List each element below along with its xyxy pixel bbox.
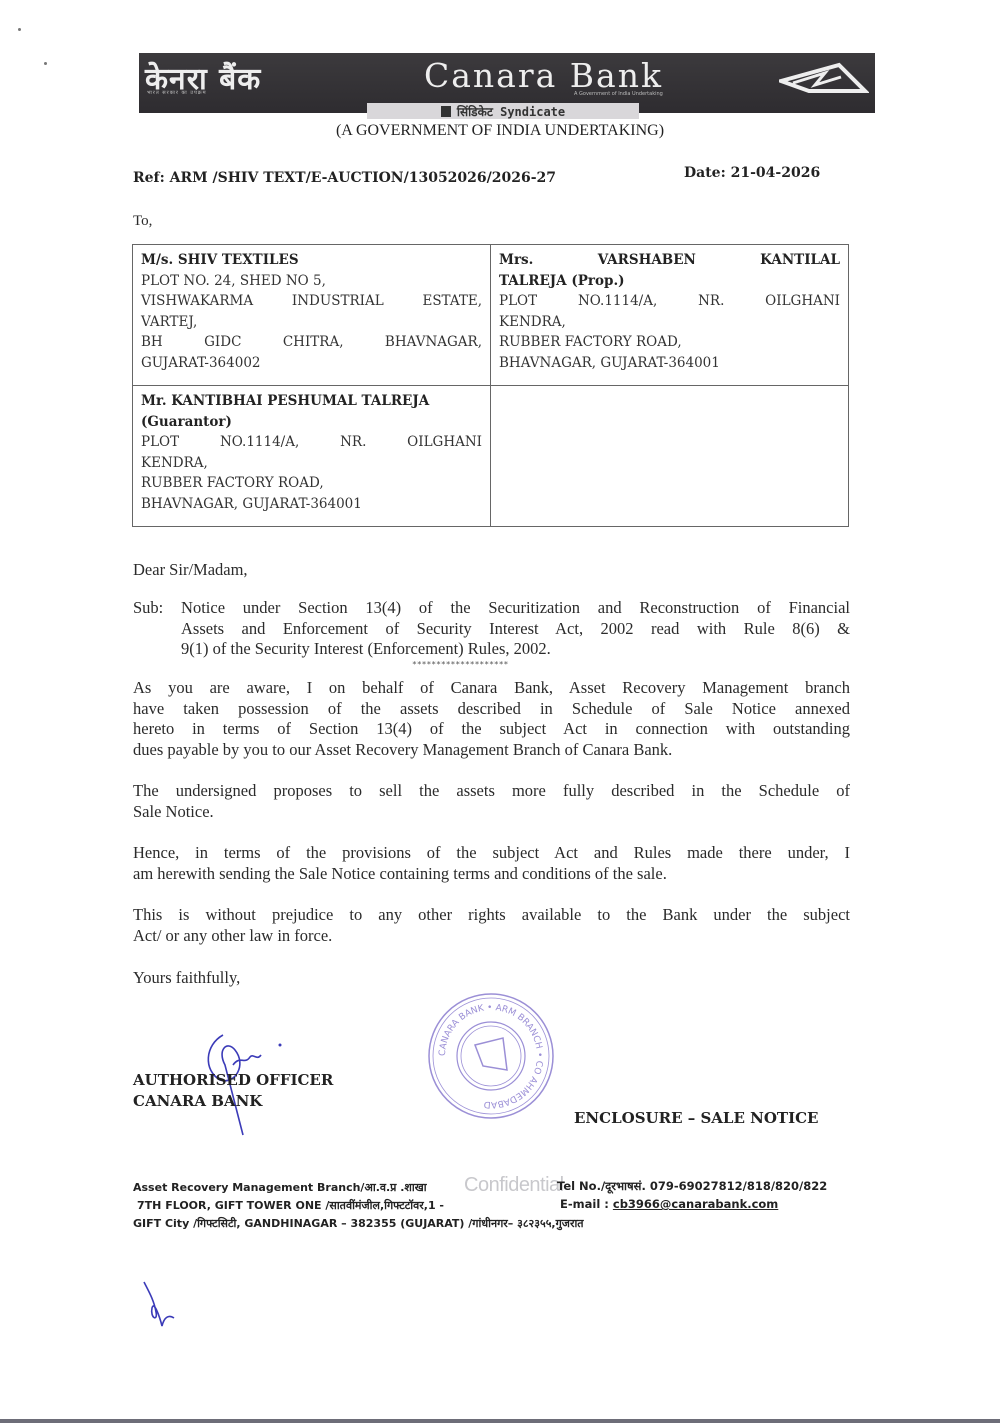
signatory-title: AUTHORISED OFFICER [133, 1070, 333, 1091]
canara-logo-icon [779, 61, 869, 101]
address-line: VARTEJ, [141, 312, 482, 333]
empty-cell [491, 386, 849, 527]
addressee-cell: M/s. SHIV TEXTILES PLOT NO. 24, SHED NO … [133, 245, 491, 386]
addressee-table: M/s. SHIV TEXTILES PLOT NO. 24, SHED NO … [132, 244, 849, 527]
reference-number: Ref: ARM /SHIV TEXT/E-AUCTION/13052026/2… [133, 170, 556, 186]
address-line: BHAVNAGAR, GUJARAT-364001 [141, 494, 482, 515]
subject-line: Assets and Enforcement of Security Inter… [133, 619, 850, 640]
page-edge [0, 1419, 1000, 1423]
bank-tagline-english: A Government of India Undertaking [574, 91, 663, 97]
bank-name-english: Canara Bank [424, 56, 663, 95]
seal-text: CANARA BANK • ARM BRANCH • CO AHMEDABAD [438, 1003, 544, 1109]
initials-icon [140, 1278, 180, 1338]
address-line: BHAVNAGAR, GUJARAT-364001 [499, 353, 840, 374]
addressee-name: M/s. SHIV TEXTILES [141, 250, 482, 271]
address-line: RUBBER FACTORY ROAD, [499, 332, 840, 353]
address-line: KENDRA, [141, 453, 482, 474]
address-line: PLOT NO.1114/A, NR. OILGHANI [141, 432, 482, 453]
branch-name: Asset Recovery Management Branch/आ.व.प्र… [133, 1179, 584, 1197]
text-line: The undersigned proposes to sell the ass… [133, 781, 850, 802]
address-line: PLOT NO.1114/A, NR. OILGHANI [499, 291, 840, 312]
svg-text:CANARA BANK • ARM BRANCH • CO: CANARA BANK • ARM BRANCH • CO AHMEDABAD [438, 1003, 544, 1109]
closing: Yours faithfully, [133, 968, 850, 989]
text-line: have taken possession of the assets desc… [133, 699, 850, 720]
branch-contact: Tel No./दूरभाषसं. 079-69027812/818/820/8… [557, 1177, 827, 1213]
telephone-numbers: Tel No./दूरभाषसं. 079-69027812/818/820/8… [557, 1177, 827, 1195]
signatory-organization: CANARA BANK [133, 1091, 333, 1112]
addressee-cell: Mr. KANTIBHAI PESHUMAL TALREJA (Guaranto… [133, 386, 491, 527]
scan-speck [44, 62, 47, 65]
email-label: E-mail : [560, 1197, 613, 1211]
text-line: hereto in terms of Section 13(4) of the … [133, 719, 850, 740]
separator: ******************** [412, 660, 508, 669]
paragraph-prejudice: This is without prejudice to any other r… [133, 905, 850, 946]
address-line: VISHWAKARMA INDUSTRIAL ESTATE, [141, 291, 482, 312]
address-line: GUJARAT-364002 [141, 353, 482, 374]
text-line: am herewith sending the Sale Notice cont… [133, 864, 850, 885]
text-line: As you are aware, I on behalf of Canara … [133, 678, 850, 699]
to-label: To, [133, 213, 152, 230]
syndicate-logo-icon [441, 106, 451, 117]
branch-address: Asset Recovery Management Branch/आ.व.प्र… [133, 1179, 584, 1233]
text-line: Hence, in terms of the provisions of the… [133, 843, 850, 864]
paragraph-possession: As you are aware, I on behalf of Canara … [133, 678, 850, 760]
text-line: Sale Notice. [133, 802, 850, 823]
subject: Sub: Notice under Section 13(4) of the S… [133, 598, 850, 660]
signatory: AUTHORISED OFFICER CANARA BANK [133, 1070, 333, 1112]
addressee-name: Mrs. VARSHABEN KANTILAL [499, 250, 840, 271]
branch-address-line: 7TH FLOOR, GIFT TOWER ONE /सातवींमंजील,ग… [133, 1197, 584, 1215]
address-line: BH GIDC CHITRA, BHAVNAGAR, [141, 332, 482, 353]
government-undertaking: (A GOVERNMENT OF INDIA UNDERTAKING) [0, 122, 1000, 140]
addressee-name: Mr. KANTIBHAI PESHUMAL TALREJA [141, 391, 482, 412]
email-link[interactable]: cb3966@canarabank.com [613, 1197, 778, 1211]
paragraph-provisions: Hence, in terms of the provisions of the… [133, 843, 850, 884]
address-line: PLOT NO. 24, SHED NO 5, [141, 271, 482, 292]
text-line: dues payable by you to our Asset Recover… [133, 740, 850, 761]
addressee-name: TALREJA (Prop.) [499, 271, 840, 292]
address-line: KENDRA, [499, 312, 840, 333]
text-line: This is without prejudice to any other r… [133, 905, 850, 926]
letter-date: Date: 21-04-2026 [684, 165, 820, 181]
bank-tagline-hindi: भारत सरकार का उपक्रम [147, 90, 207, 96]
addressee-cell: Mrs. VARSHABEN KANTILAL TALREJA (Prop.) … [491, 245, 849, 386]
text-line: Act/ or any other law in force. [133, 926, 850, 947]
paragraph-proposal: The undersigned proposes to sell the ass… [133, 781, 850, 822]
branch-city-line: GIFT City /गिफ्टसिटी, GANDHINAGAR – 3823… [133, 1215, 584, 1233]
syndicate-label: सिंडिकेट Syndicate [367, 103, 639, 119]
addressee-role: (Guarantor) [141, 412, 482, 433]
bank-seal-icon: CANARA BANK • ARM BRANCH • CO AHMEDABAD [425, 990, 557, 1122]
greeting: Dear Sir/Madam, [133, 560, 850, 581]
subject-line: 9(1) of the Security Interest (Enforceme… [133, 639, 850, 660]
address-line: RUBBER FACTORY ROAD, [141, 473, 482, 494]
scan-speck [18, 28, 21, 31]
syndicate-text: सिंडिकेट Syndicate [457, 103, 565, 120]
subject-line: Sub: Notice under Section 13(4) of the S… [133, 598, 850, 619]
enclosure-note: ENCLOSURE – SALE NOTICE [574, 1109, 818, 1127]
